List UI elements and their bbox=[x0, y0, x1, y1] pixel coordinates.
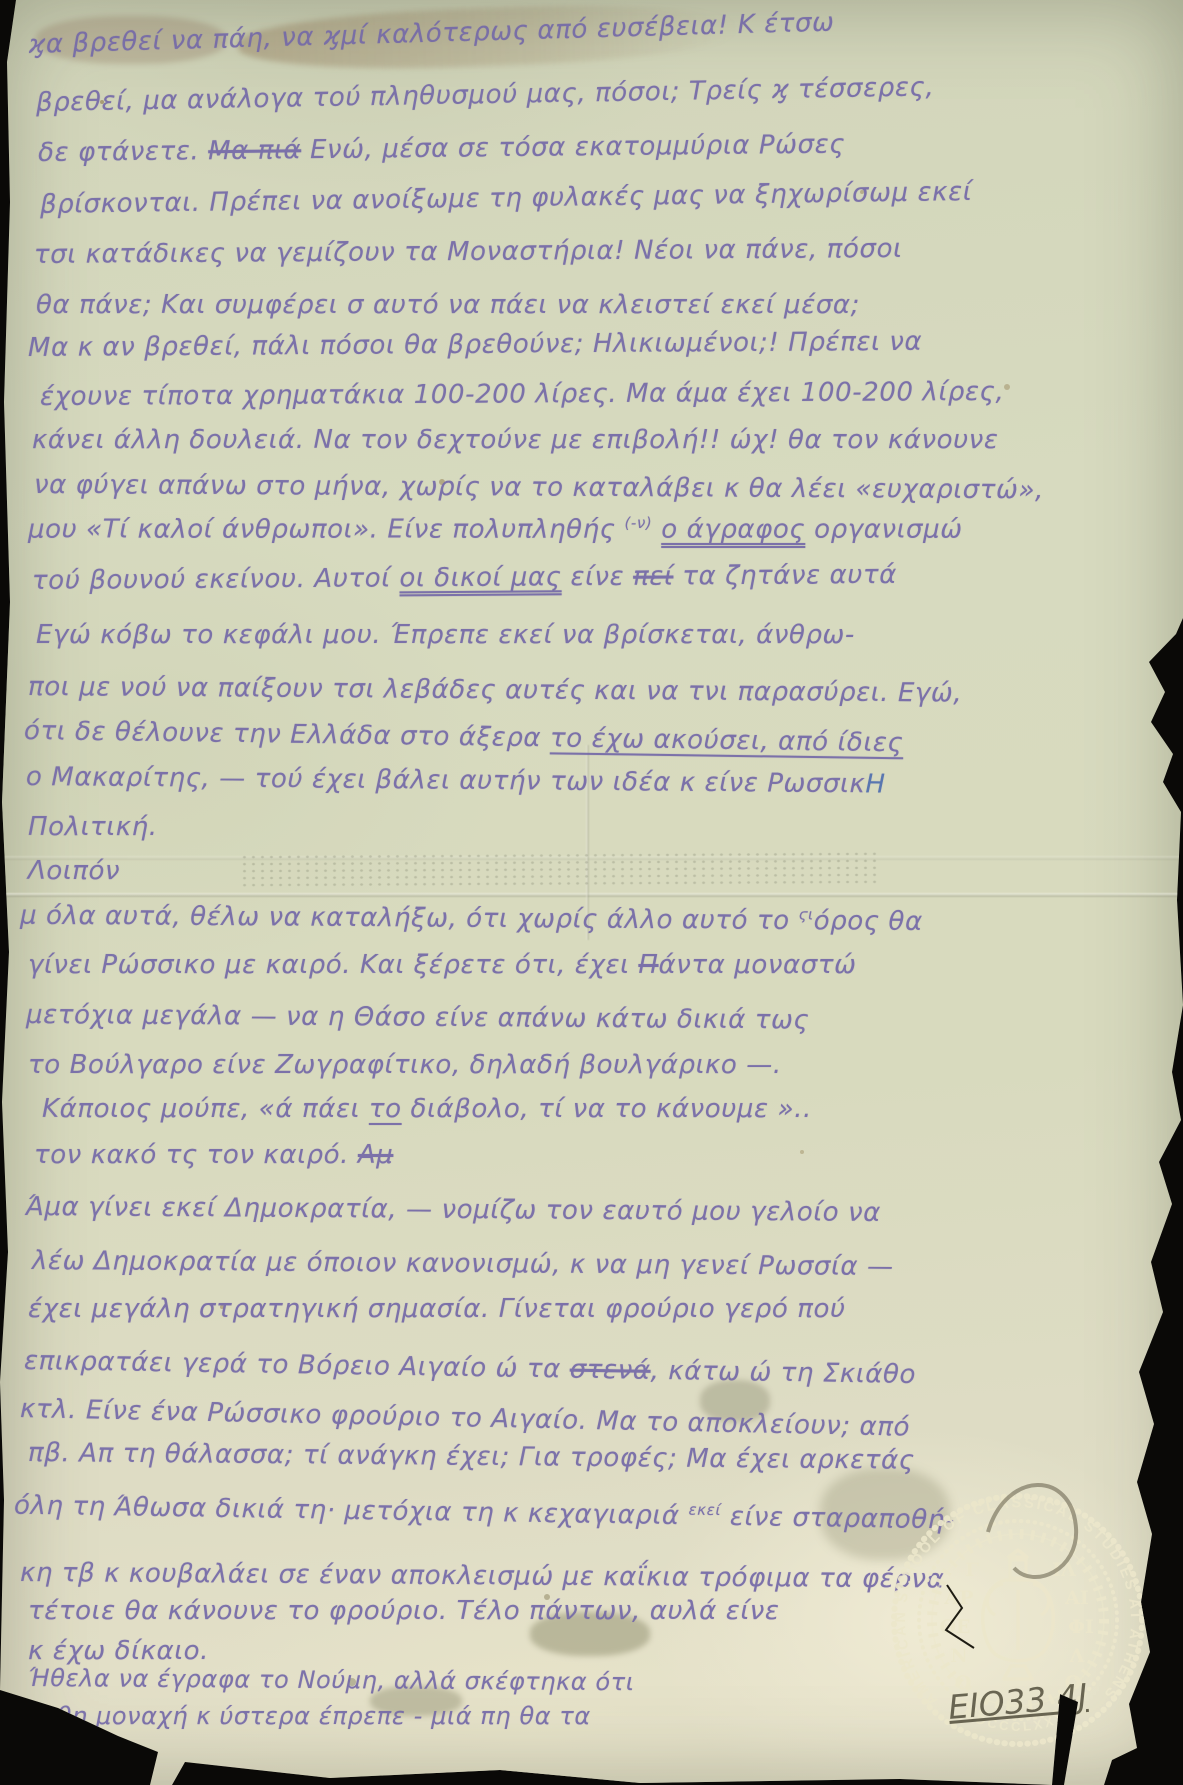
text-line: τον κακό τς τον καιρό. Αμ bbox=[34, 1140, 393, 1170]
text-line: μ όλα αυτά, θέλω να καταλήξω, ότι χωρίς … bbox=[20, 900, 923, 937]
text-line: Εγώ κόβω το κεφάλι μου. Έπρεπε εκεί να β… bbox=[36, 620, 855, 650]
svg-text:ΦΙ: ΦΙ bbox=[1068, 1616, 1094, 1638]
svg-text:ΑΡ: ΑΡ bbox=[943, 1587, 973, 1609]
text-line: ποι με νού να παίξουν τσι λεβάδες αυτές … bbox=[28, 672, 962, 709]
text-line: έχουνε τίποτα χρηματάκια 100-200 λίρες. … bbox=[40, 377, 1004, 412]
text-line: τού βουνού εκείνου. Αυτοί οι δικοί μας ε… bbox=[32, 560, 897, 596]
amphora-icon bbox=[983, 1550, 1054, 1679]
text-line: ο Μακαρίτης, — τού έχει βάλει αυτήν των … bbox=[26, 762, 886, 800]
text-line: πβ. Απ τη θάλασσα; τί ανάγκη έχει; Για τ… bbox=[28, 1438, 915, 1476]
text-line: κ έχω δίκαιο. bbox=[28, 1636, 209, 1666]
text-line: βρεθεί, μα ανάλογα τού πληθυσμού μας, πό… bbox=[36, 72, 935, 118]
text-line: ότι δε θέλουνε την Ελλάδα στο άξερα το έ… bbox=[24, 716, 904, 758]
ink-smear bbox=[240, 850, 880, 887]
svg-text:ΑΙ: ΑΙ bbox=[1064, 1587, 1089, 1609]
page-background: ϗα βρεθεί να πάη, να ϗμί καλότερως από ε… bbox=[0, 0, 1183, 1785]
text-line: μου «Τί καλοί άνθρωποι». Είνε πολυπληθής… bbox=[28, 514, 963, 545]
text-line: να φύγει απάνω στο μήνα, χωρίς να το κατ… bbox=[34, 470, 1044, 505]
text-line: κη τβ κ κουβαλάει σε έναν αποκλεισμώ με … bbox=[20, 1558, 944, 1594]
text-line: δε φτάνετε. Μα πιά Ενώ, μέσα σε τόσα εκα… bbox=[38, 130, 845, 168]
svg-text:ΘΕ: ΘΕ bbox=[939, 1616, 970, 1638]
letter-paper: ϗα βρεθεί να πάη, να ϗμί καλότερως από ε… bbox=[0, 0, 1183, 1785]
text-line: λέω Δημοκρατία με όποιον κανονισμώ, κ να… bbox=[32, 1246, 894, 1282]
text-line: θα πάνε; Και συμφέρει σ αυτό να πάει να … bbox=[36, 290, 860, 320]
svg-text:Λ: Λ bbox=[1069, 1645, 1085, 1667]
library-seal: AMERICAN SCHOOL OF CLASSICAL STUDIES AT … bbox=[868, 1470, 1168, 1770]
text-line: όλη τη Άθωσα δικιά τη· μετόχια τη κ κεχα… bbox=[14, 1490, 955, 1535]
svg-text:ΙΛ: ΙΛ bbox=[1052, 1559, 1076, 1581]
text-line: κτλ. Είνε ένα Ρώσσικο φρούριο το Αιγαίο.… bbox=[20, 1394, 911, 1443]
text-line: κάνει άλλη δουλειά. Να τον δεχτούνε με ε… bbox=[32, 425, 999, 455]
text-line: τέτοιε θα κάνουνε το φρούριο. Τέλο πάντω… bbox=[28, 1596, 780, 1626]
text-line: Ήθελα να έγραφα το Νούμη, αλλά σκέφτηκα … bbox=[28, 1664, 635, 1696]
text-line: έχει μεγάλη στρατηγική σημασία. Γίνεται … bbox=[28, 1294, 846, 1324]
text-line: τσι κατάδικες να γεμίζουν τα Μοναστήρια!… bbox=[34, 234, 903, 270]
text-line: -ιά θη μοναχή κ ύστερα έπρεπε - μιά πη θ… bbox=[14, 1702, 591, 1730]
svg-text:Ν: Ν bbox=[950, 1645, 967, 1667]
text-line: Λοιπόν bbox=[28, 856, 120, 886]
fold-crease-horizontal bbox=[0, 893, 1183, 897]
text-line: Πολιτική. bbox=[28, 812, 158, 842]
text-line: Κάποιος μούπε, «ά πάει το διάβολο, τί να… bbox=[42, 1094, 812, 1124]
text-line: βρίσκονται. Πρέπει να ανοίξωμε τη φυλακέ… bbox=[40, 177, 973, 220]
text-line: μετόχια μεγάλα — να η Θάσο είνε απάνω κά… bbox=[26, 1000, 809, 1035]
text-line: επικρατάει γερά το Βόρειο Αιγαίο ώ τα στ… bbox=[24, 1346, 916, 1390]
svg-text:Γ: Γ bbox=[965, 1559, 979, 1581]
text-line: το Βούλγαρο είνε Ζωγραφίτικο, δηλαδή βου… bbox=[28, 1050, 782, 1080]
text-line: Άμα γίνει εκεί Δημοκρατία, — νομίζω τον … bbox=[26, 1192, 881, 1228]
svg-text:Ι: Ι bbox=[1061, 1698, 1070, 1720]
text-line: Μα κ αν βρεθεί, πάλι πόσοι θα βρεθούνε; … bbox=[28, 327, 922, 363]
text-line: γίνει Ρώσσικο με καιρό. Και ξέρετε ότι, … bbox=[28, 950, 856, 980]
